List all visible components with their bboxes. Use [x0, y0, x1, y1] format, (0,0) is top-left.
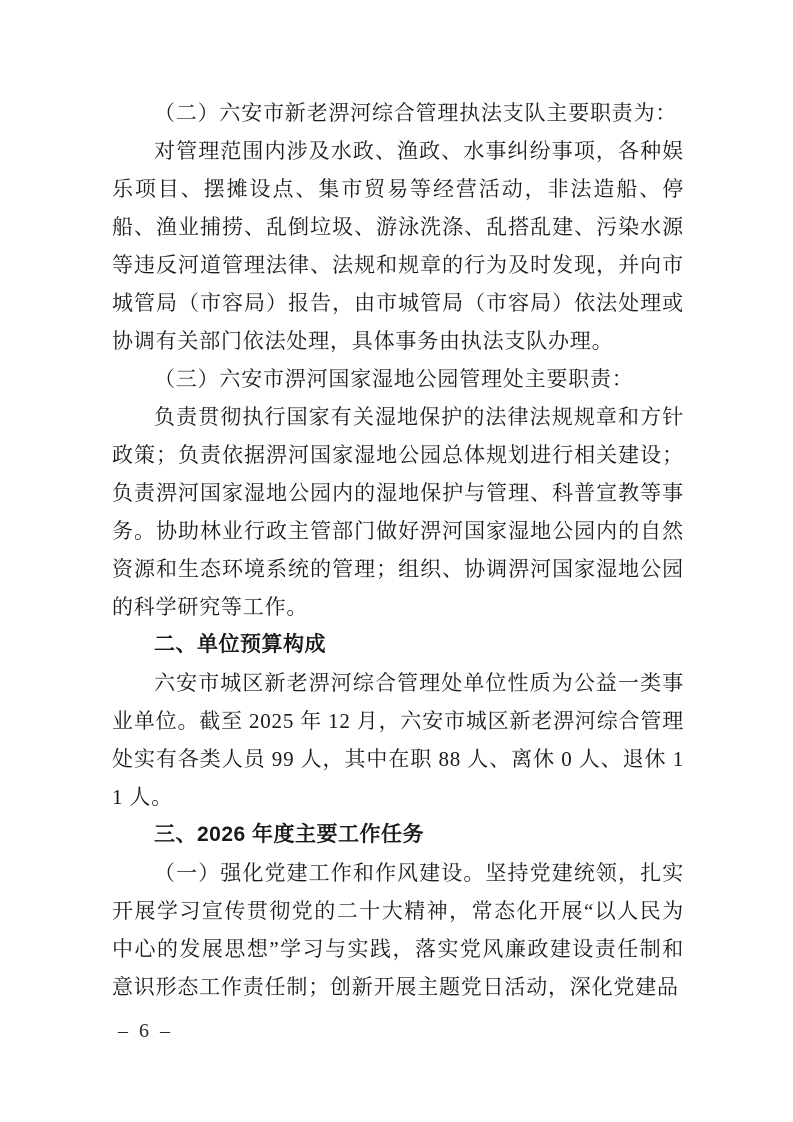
page-number: – 6 – [118, 1016, 173, 1046]
section-heading-2026-main-tasks: 三、2026 年度主要工作任务 [112, 816, 684, 854]
paragraph-duty-section-2-body: 对管理范围内涉及水政、渔政、水事纠纷事项，各种娱乐项目、摆摊设点、集市贸易等经营… [112, 132, 684, 360]
paragraph-task-1-party-building: （一）强化党建工作和作风建设。坚持党建统领，扎实开展学习宣传贯彻党的二十大精神，… [112, 854, 684, 1006]
paragraph-duty-section-2-title: （二）六安市新老淠河综合管理执法支队主要职责为： [112, 94, 684, 132]
section-heading-budget-composition: 二、单位预算构成 [112, 626, 684, 664]
paragraph-duty-section-3-body: 负责贯彻执行国家有关湿地保护的法律法规规章和方针政策；负责依据淠河国家湿地公园总… [112, 398, 684, 626]
paragraph-duty-section-3-title: （三）六安市淠河国家湿地公园管理处主要职责： [112, 360, 684, 398]
paragraph-budget-composition-body: 六安市城区新老淠河综合管理处单位性质为公益一类事业单位。截至 2025 年 12… [112, 664, 684, 816]
document-page: （二）六安市新老淠河综合管理执法支队主要职责为： 对管理范围内涉及水政、渔政、水… [0, 0, 793, 1122]
document-body: （二）六安市新老淠河综合管理执法支队主要职责为： 对管理范围内涉及水政、渔政、水… [112, 94, 684, 1006]
